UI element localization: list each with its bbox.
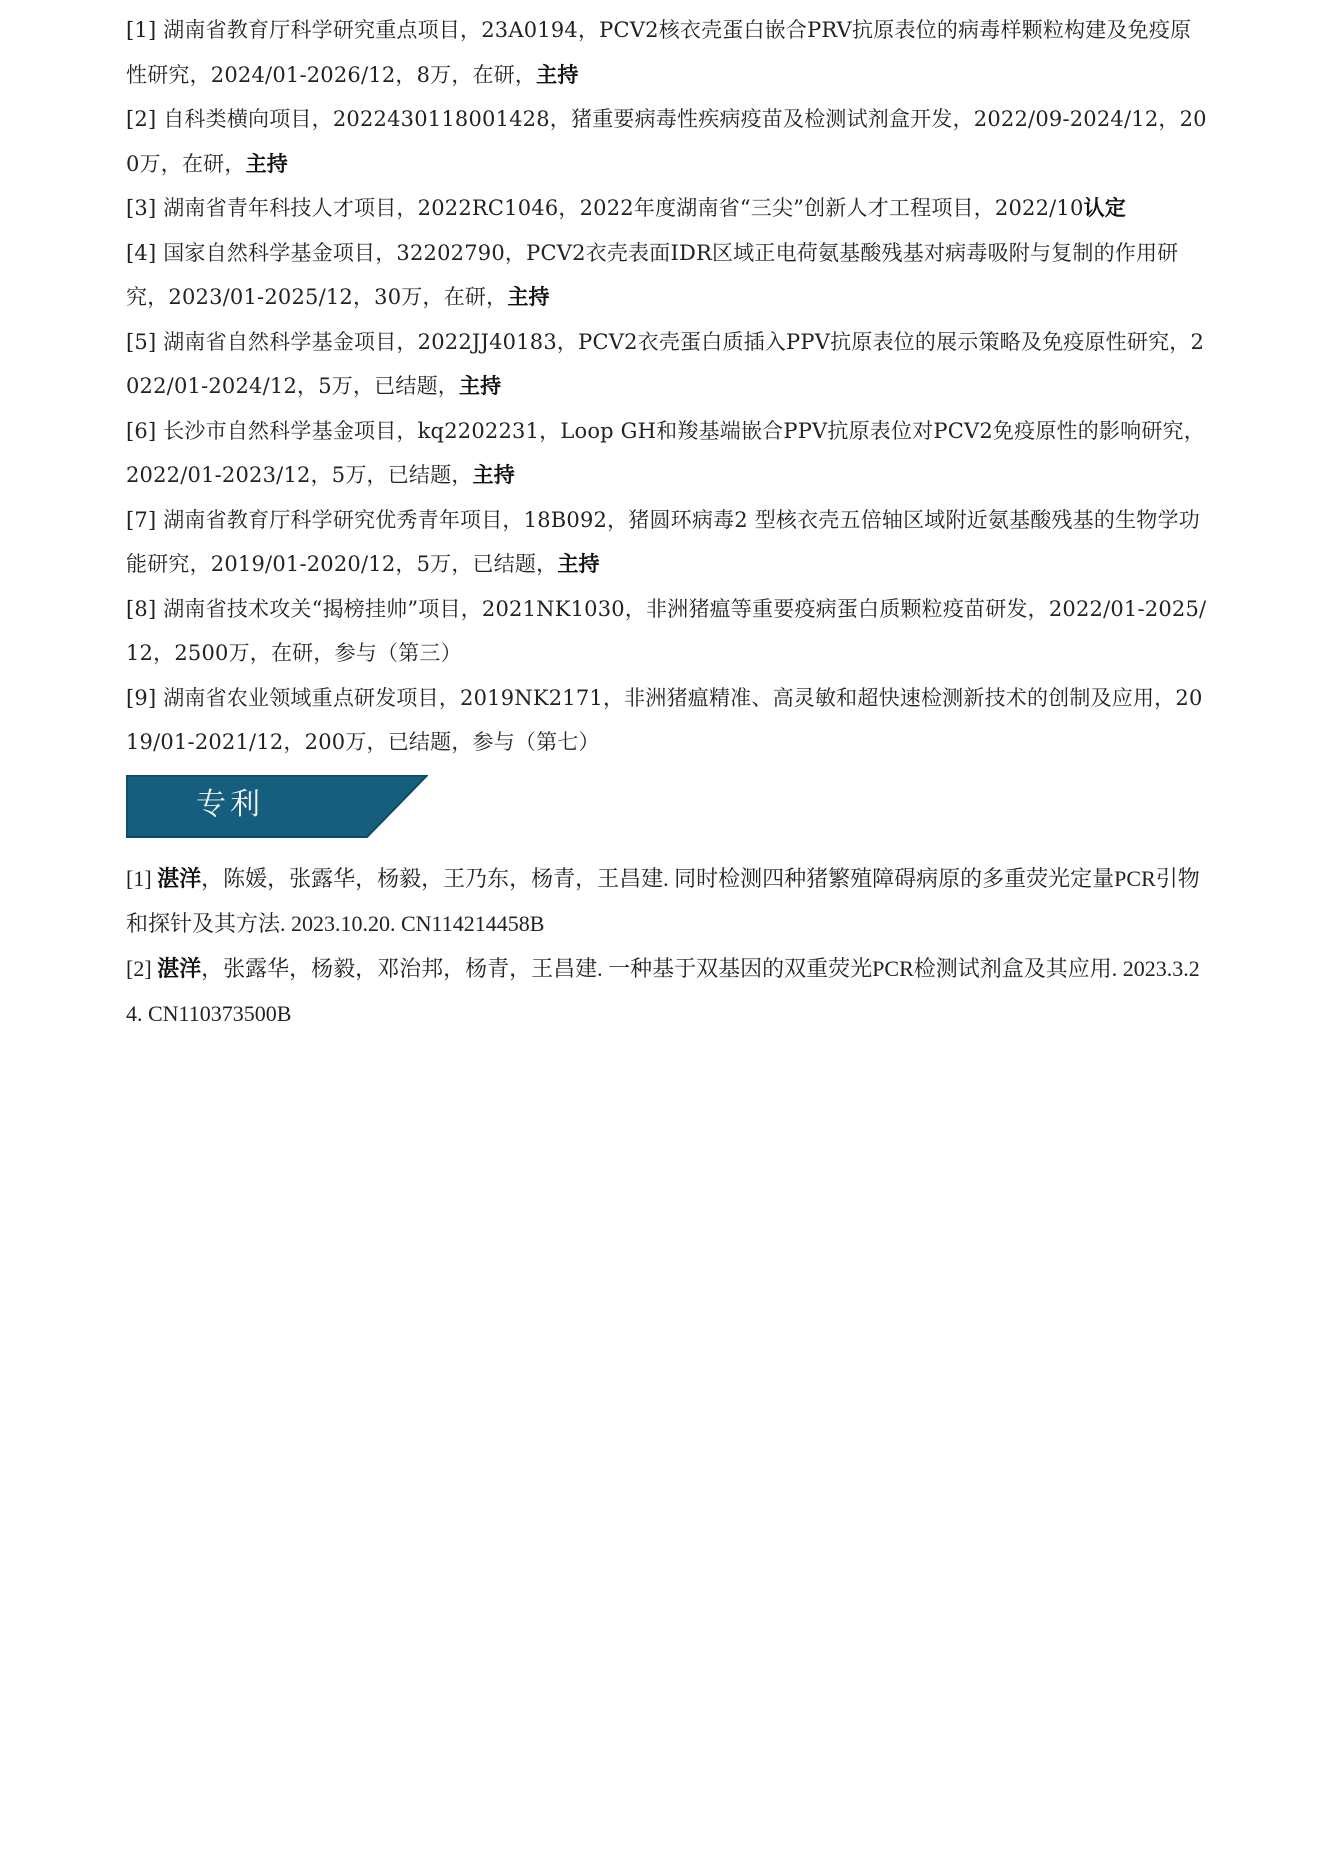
entry-number: [5] <box>126 330 163 354</box>
lead-author: 湛洋 <box>157 867 201 892</box>
entry-number: [2] <box>126 956 157 981</box>
project-list: [1] 湖南省教育厅科学研究重点项目，23A0194，PCV2核衣壳蛋白嵌合PR… <box>126 8 1208 765</box>
lead-author: 湛洋 <box>157 957 201 982</box>
entry-role: 主持 <box>459 374 501 398</box>
entry-text: 湖南省农业领域重点研发项目，2019NK2171，非洲猪瘟精准、高灵敏和超快速检… <box>126 686 1203 755</box>
entry-number: [2] <box>126 107 163 131</box>
entry-number: [7] <box>126 508 163 532</box>
entry-text: 湖南省教育厅科学研究优秀青年项目，18B092，猪圆环病毒2 型核衣壳五倍轴区域… <box>126 508 1200 577</box>
patent-entry-1: [1] 湛洋，陈媛，张露华，杨毅，王乃东，杨青，王昌建. 同时检测四种猪繁殖障碍… <box>126 857 1208 947</box>
entry-number: [4] <box>126 241 163 265</box>
entry-role: 主持 <box>246 152 288 176</box>
project-entry-1: [1] 湖南省教育厅科学研究重点项目，23A0194，PCV2核衣壳蛋白嵌合PR… <box>126 8 1208 97</box>
project-entry-9: [9] 湖南省农业领域重点研发项目，2019NK2171，非洲猪瘟精准、高灵敏和… <box>126 676 1208 765</box>
patent-entry-2: [2] 湛洋，张露华，杨毅，邓治邦，杨青，王昌建. 一种基于双基因的双重荧光PC… <box>126 947 1208 1037</box>
entry-number: [3] <box>126 196 163 220</box>
entry-text: 国家自然科学基金项目，32202790，PCV2衣壳表面IDR区域正电荷氨基酸残… <box>126 241 1178 310</box>
banner-shape-icon <box>126 775 428 838</box>
entry-text: 湖南省青年科技人才项目，2022RC1046，2022年度湖南省“三尖”创新人才… <box>163 196 1083 220</box>
document-page: [1] 湖南省教育厅科学研究重点项目，23A0194，PCV2核衣壳蛋白嵌合PR… <box>126 8 1208 1037</box>
entry-number: [6] <box>126 419 163 443</box>
entry-role: 主持 <box>557 552 599 576</box>
entry-text: ，陈媛，张露华，杨毅，王乃东，杨青，王昌建. 同时检测四种猪繁殖障碍病原的多重荧… <box>126 866 1200 937</box>
project-entry-5: [5] 湖南省自然科学基金项目，2022JJ40183，PCV2衣壳蛋白质插入P… <box>126 320 1208 409</box>
entry-number: [9] <box>126 686 163 710</box>
entry-role: 认定 <box>1084 196 1126 220</box>
project-entry-8: [8] 湖南省技术攻关“揭榜挂帅”项目，2021NK1030，非洲猪瘟等重要疫病… <box>126 587 1208 676</box>
project-entry-6: [6] 长沙市自然科学基金项目，kq2202231，Loop GH和羧基端嵌合P… <box>126 409 1208 498</box>
entry-text: 自科类横向项目，2022430118001428，猪重要病毒性疾病疫苗及检测试剂… <box>126 107 1207 176</box>
entry-text: ，张露华，杨毅，邓治邦，杨青，王昌建. 一种基于双基因的双重荧光PCR检测试剂盒… <box>126 956 1200 1027</box>
entry-role: 主持 <box>473 463 515 487</box>
entry-text: 湖南省自然科学基金项目，2022JJ40183，PCV2衣壳蛋白质插入PPV抗原… <box>126 330 1204 399</box>
entry-number: [1] <box>126 18 163 42</box>
patent-section-banner: 专利 <box>126 775 427 837</box>
entry-number: [1] <box>126 866 157 891</box>
patent-list: [1] 湛洋，陈媛，张露华，杨毅，王乃东，杨青，王昌建. 同时检测四种猪繁殖障碍… <box>126 857 1208 1037</box>
entry-role: 主持 <box>536 63 578 87</box>
project-entry-4: [4] 国家自然科学基金项目，32202790，PCV2衣壳表面IDR区域正电荷… <box>126 231 1208 320</box>
section-title: 专利 <box>196 783 264 827</box>
project-entry-7: [7] 湖南省教育厅科学研究优秀青年项目，18B092，猪圆环病毒2 型核衣壳五… <box>126 498 1208 587</box>
entry-role: 主持 <box>507 285 549 309</box>
entry-number: [8] <box>126 597 163 621</box>
entry-text: 湖南省教育厅科学研究重点项目，23A0194，PCV2核衣壳蛋白嵌合PRV抗原表… <box>126 18 1191 87</box>
project-entry-2: [2] 自科类横向项目，2022430118001428，猪重要病毒性疾病疫苗及… <box>126 97 1208 186</box>
entry-text: 长沙市自然科学基金项目，kq2202231，Loop GH和羧基端嵌合PPV抗原… <box>126 419 1205 488</box>
entry-text: 湖南省技术攻关“揭榜挂帅”项目，2021NK1030，非洲猪瘟等重要疫病蛋白质颗… <box>126 597 1206 666</box>
project-entry-3: [3] 湖南省青年科技人才项目，2022RC1046，2022年度湖南省“三尖”… <box>126 186 1208 231</box>
